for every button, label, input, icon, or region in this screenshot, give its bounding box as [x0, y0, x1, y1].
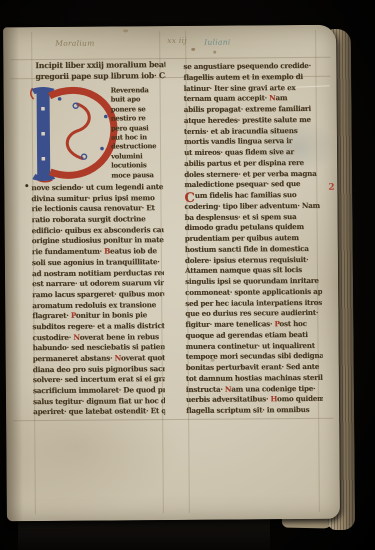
text-line: buit apo	[111, 95, 163, 105]
illuminated-initial-P	[30, 86, 119, 183]
header-inscription-right: Iuliani	[204, 38, 230, 47]
text-line: Reverenda	[111, 86, 163, 96]
text-line: moce pausa	[111, 171, 163, 181]
text-line: destructione	[111, 142, 163, 152]
text-line: gregorii pape sup librum iob· Capm· i·	[35, 71, 165, 83]
stain-speck	[191, 48, 195, 51]
text-line: pero quasi	[111, 124, 163, 134]
initial-spiral	[67, 104, 90, 159]
initial-bowl	[50, 90, 115, 175]
ruling-line-top-1	[10, 57, 330, 61]
initial-spiral-curl	[73, 103, 78, 108]
book-page: Moralium xx iij Iuliani Incipit liber xx…	[3, 25, 340, 522]
margin-paraph-dot	[25, 184, 28, 187]
text-line: locutionis	[111, 161, 163, 171]
text-line: nestiro re	[111, 114, 163, 124]
initial-spiral-curl	[82, 154, 87, 159]
stain-speck	[123, 29, 128, 32]
text-line: aperiret· que latebat ostendit· Et que	[33, 406, 165, 418]
initial-stem-ornament	[41, 107, 45, 111]
initial-dot	[104, 115, 108, 119]
initial-stem-ornament	[41, 132, 45, 136]
text-line: ponere se	[111, 105, 163, 115]
header-inscription-left: Moralium	[55, 39, 94, 48]
right-column: se angustiare psequendo credide·flagelli…	[183, 61, 323, 420]
text-line: volumini	[111, 152, 163, 162]
left-column: nove sciendo· ut cum legendi antedivina …	[31, 182, 165, 421]
initial-stem-ornament	[42, 157, 46, 161]
text-line: flagella scriptum sit· in omnibus	[186, 405, 323, 417]
folio-number: 2	[328, 183, 334, 193]
manuscript-photo: Moralium xx iij Iuliani Incipit liber xx…	[0, 0, 375, 550]
initial-dot	[58, 97, 62, 101]
gutter-shadow	[3, 27, 23, 521]
header-inscription-center: xx iij	[167, 36, 187, 45]
left-column-indent: Reverendabuit apoponere senestiro repero…	[111, 86, 164, 184]
stain-speck	[213, 51, 216, 54]
initial-dot	[100, 147, 104, 151]
chapter-rubric: Incipit liber xxiij moralium beatigregor…	[35, 60, 165, 82]
text-line: aut hoc in	[111, 133, 163, 143]
